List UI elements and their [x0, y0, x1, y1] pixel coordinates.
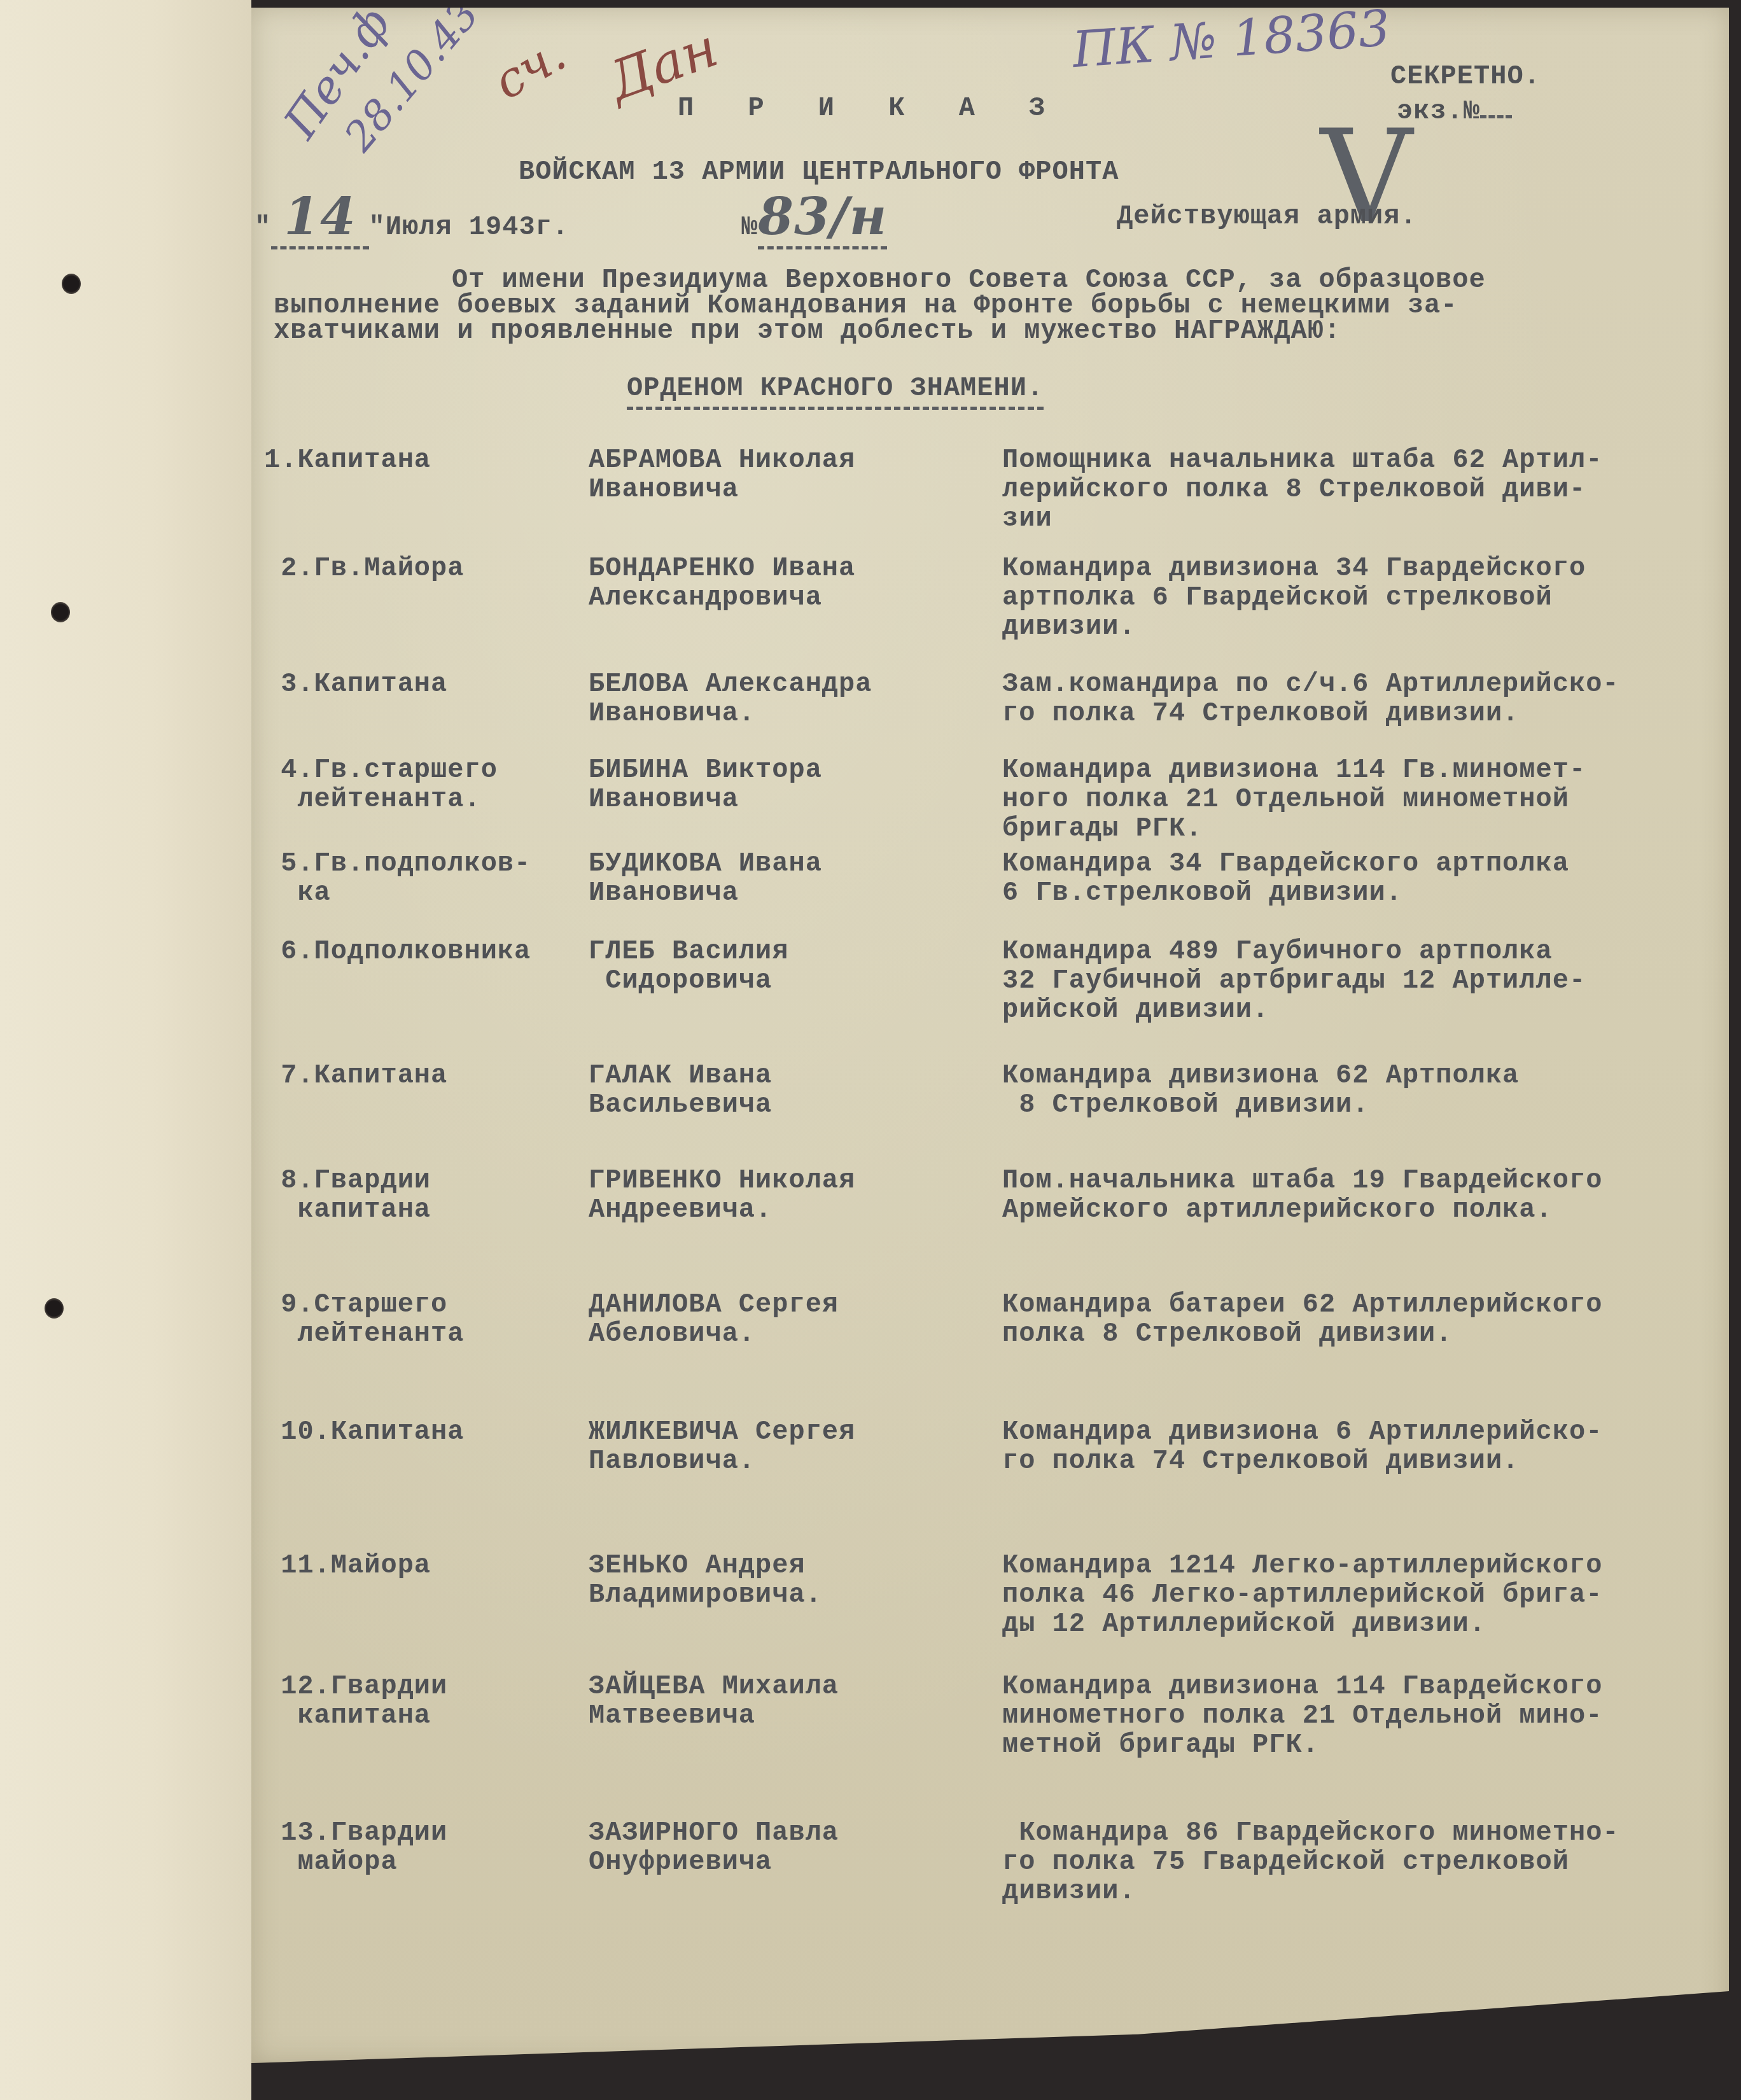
- awardee-name: БИБИНА ВиктораИвановича: [589, 755, 822, 814]
- awardee-rank: 12.Гвардии капитана: [264, 1672, 447, 1730]
- page-subtitle: ВОЙСКАМ 13 АРМИИ ЦЕНТРАЛЬНОГО ФРОНТА: [519, 157, 1119, 186]
- awardee-rank: 11.Майора: [264, 1551, 431, 1580]
- awardee-position: Командира 489 Гаубичного артполка32 Гауб…: [1002, 937, 1586, 1025]
- awardee-position: Командира дивизиона 6 Артиллерийско-го п…: [1002, 1417, 1602, 1476]
- page-title: П Р И К А З: [678, 94, 1064, 123]
- award-heading: ОРДЕНОМ КРАСНОГО ЗНАМЕНИ.: [627, 374, 1044, 410]
- awardee-name: ЖИЛКЕВИЧА СергеяПавловича.: [589, 1417, 855, 1476]
- awardee-rank: 4.Гв.старшего лейтенанта.: [264, 755, 498, 814]
- awardee-name: ЗАЙЦЕВА МихаилаМатвеевича: [589, 1672, 839, 1730]
- order-number: 83/н: [758, 186, 887, 249]
- awardee-position: Зам.командира по с/ч.6 Артиллерийско-го …: [1002, 669, 1619, 728]
- location-label: Действующая армия.: [1117, 202, 1417, 231]
- awardee-position: Командира 86 Гвардейского минометно-го п…: [1002, 1818, 1619, 1906]
- awardee-name: БЕЛОВА АлександраИвановича.: [589, 669, 872, 728]
- date-field: "14"Июля 1943г.: [255, 202, 569, 242]
- awardee-rank: 6.Подполковника: [264, 937, 531, 966]
- date-month-year: Июля 1943г.: [386, 212, 569, 242]
- punch-hole: [51, 602, 70, 622]
- document-page: Печ.ф 28.10.43 сч. Дан ПК № 18363 V СЕКР…: [251, 8, 1729, 2063]
- awardee-name: ГЛЕБ Василия Сидоровича: [589, 937, 788, 995]
- awardee-position: Командира дивизиона 62 Артполка 8 Стрелк…: [1002, 1061, 1519, 1119]
- archive-number: ПК № 18363: [1070, 0, 1392, 79]
- order-number-prefix: №: [741, 212, 758, 242]
- punch-hole: [62, 274, 81, 294]
- awardee-name: ЗАЗИРНОГО ПавлаОнуфриевича: [589, 1818, 839, 1877]
- awardee-position: Командира дивизиона 34 Гвардейскогоартпо…: [1002, 554, 1586, 641]
- awardee-rank: 7.Капитана: [264, 1061, 447, 1090]
- order-meta-row: "14"Июля 1943г. №83/н Действующая армия.: [251, 202, 1729, 240]
- awardee-rank: 5.Гв.подполков- ка: [264, 849, 531, 907]
- punch-hole: [45, 1298, 64, 1319]
- handwritten-note-account: сч.: [484, 25, 575, 110]
- intro-line: хватчиками и проявленные при этом доблес…: [274, 316, 1341, 346]
- awardee-position: Командира батареи 62 Артиллерийскогополк…: [1002, 1290, 1602, 1348]
- awardee-rank: 2.Гв.Майора: [264, 554, 464, 583]
- classification-label: СЕКРЕТНО.: [1390, 62, 1541, 91]
- awardee-rank: 9.Старшего лейтенанта: [264, 1290, 464, 1348]
- awardee-position: Помощника начальника штаба 62 Артил-лери…: [1002, 445, 1602, 533]
- order-number-field: №83/н: [741, 202, 887, 242]
- awardee-position: Командира дивизиона 114 Гв.миномет-ного …: [1002, 755, 1586, 843]
- awardee-name: ЗЕНЬКО АндреяВладимировича.: [589, 1551, 822, 1609]
- awardee-position: Командира 34 Гвардейского артполка6 Гв.с…: [1002, 849, 1569, 907]
- awardee-name: БУДИКОВА ИванаИвановича: [589, 849, 822, 907]
- left-binding-margin: [0, 0, 251, 2100]
- awardee-rank: 1.Капитана: [264, 445, 431, 475]
- awardee-rank: 8.Гвардии капитана: [264, 1166, 431, 1224]
- awardee-position: Командира дивизиона 114 Гвардейскогомино…: [1002, 1672, 1602, 1760]
- copy-number-label: экз.№: [1397, 97, 1512, 126]
- awardee-name: ГАЛАК ИванаВасильевича: [589, 1061, 772, 1119]
- awardee-position: Пом.начальника штаба 19 ГвардейскогоАрме…: [1002, 1166, 1602, 1224]
- awardee-rank: 10.Капитана: [264, 1417, 464, 1446]
- awardee-rank: 13.Гвардии майора: [264, 1818, 447, 1877]
- awardee-rank: 3.Капитана: [264, 669, 447, 699]
- awardee-name: ДАНИЛОВА СергеяАбеловича.: [589, 1290, 839, 1348]
- awardee-name: АБРАМОВА НиколаяИвановича: [589, 445, 855, 504]
- awardee-name: БОНДАРЕНКО ИванаАлександровича: [589, 554, 855, 612]
- copy-label-text: экз.№: [1397, 96, 1480, 127]
- date-day: 14: [271, 186, 368, 249]
- awardee-name: ГРИВЕНКО НиколаяАндреевича.: [589, 1166, 855, 1224]
- awardee-position: Командира 1214 Легко-артиллерийскогополк…: [1002, 1551, 1602, 1639]
